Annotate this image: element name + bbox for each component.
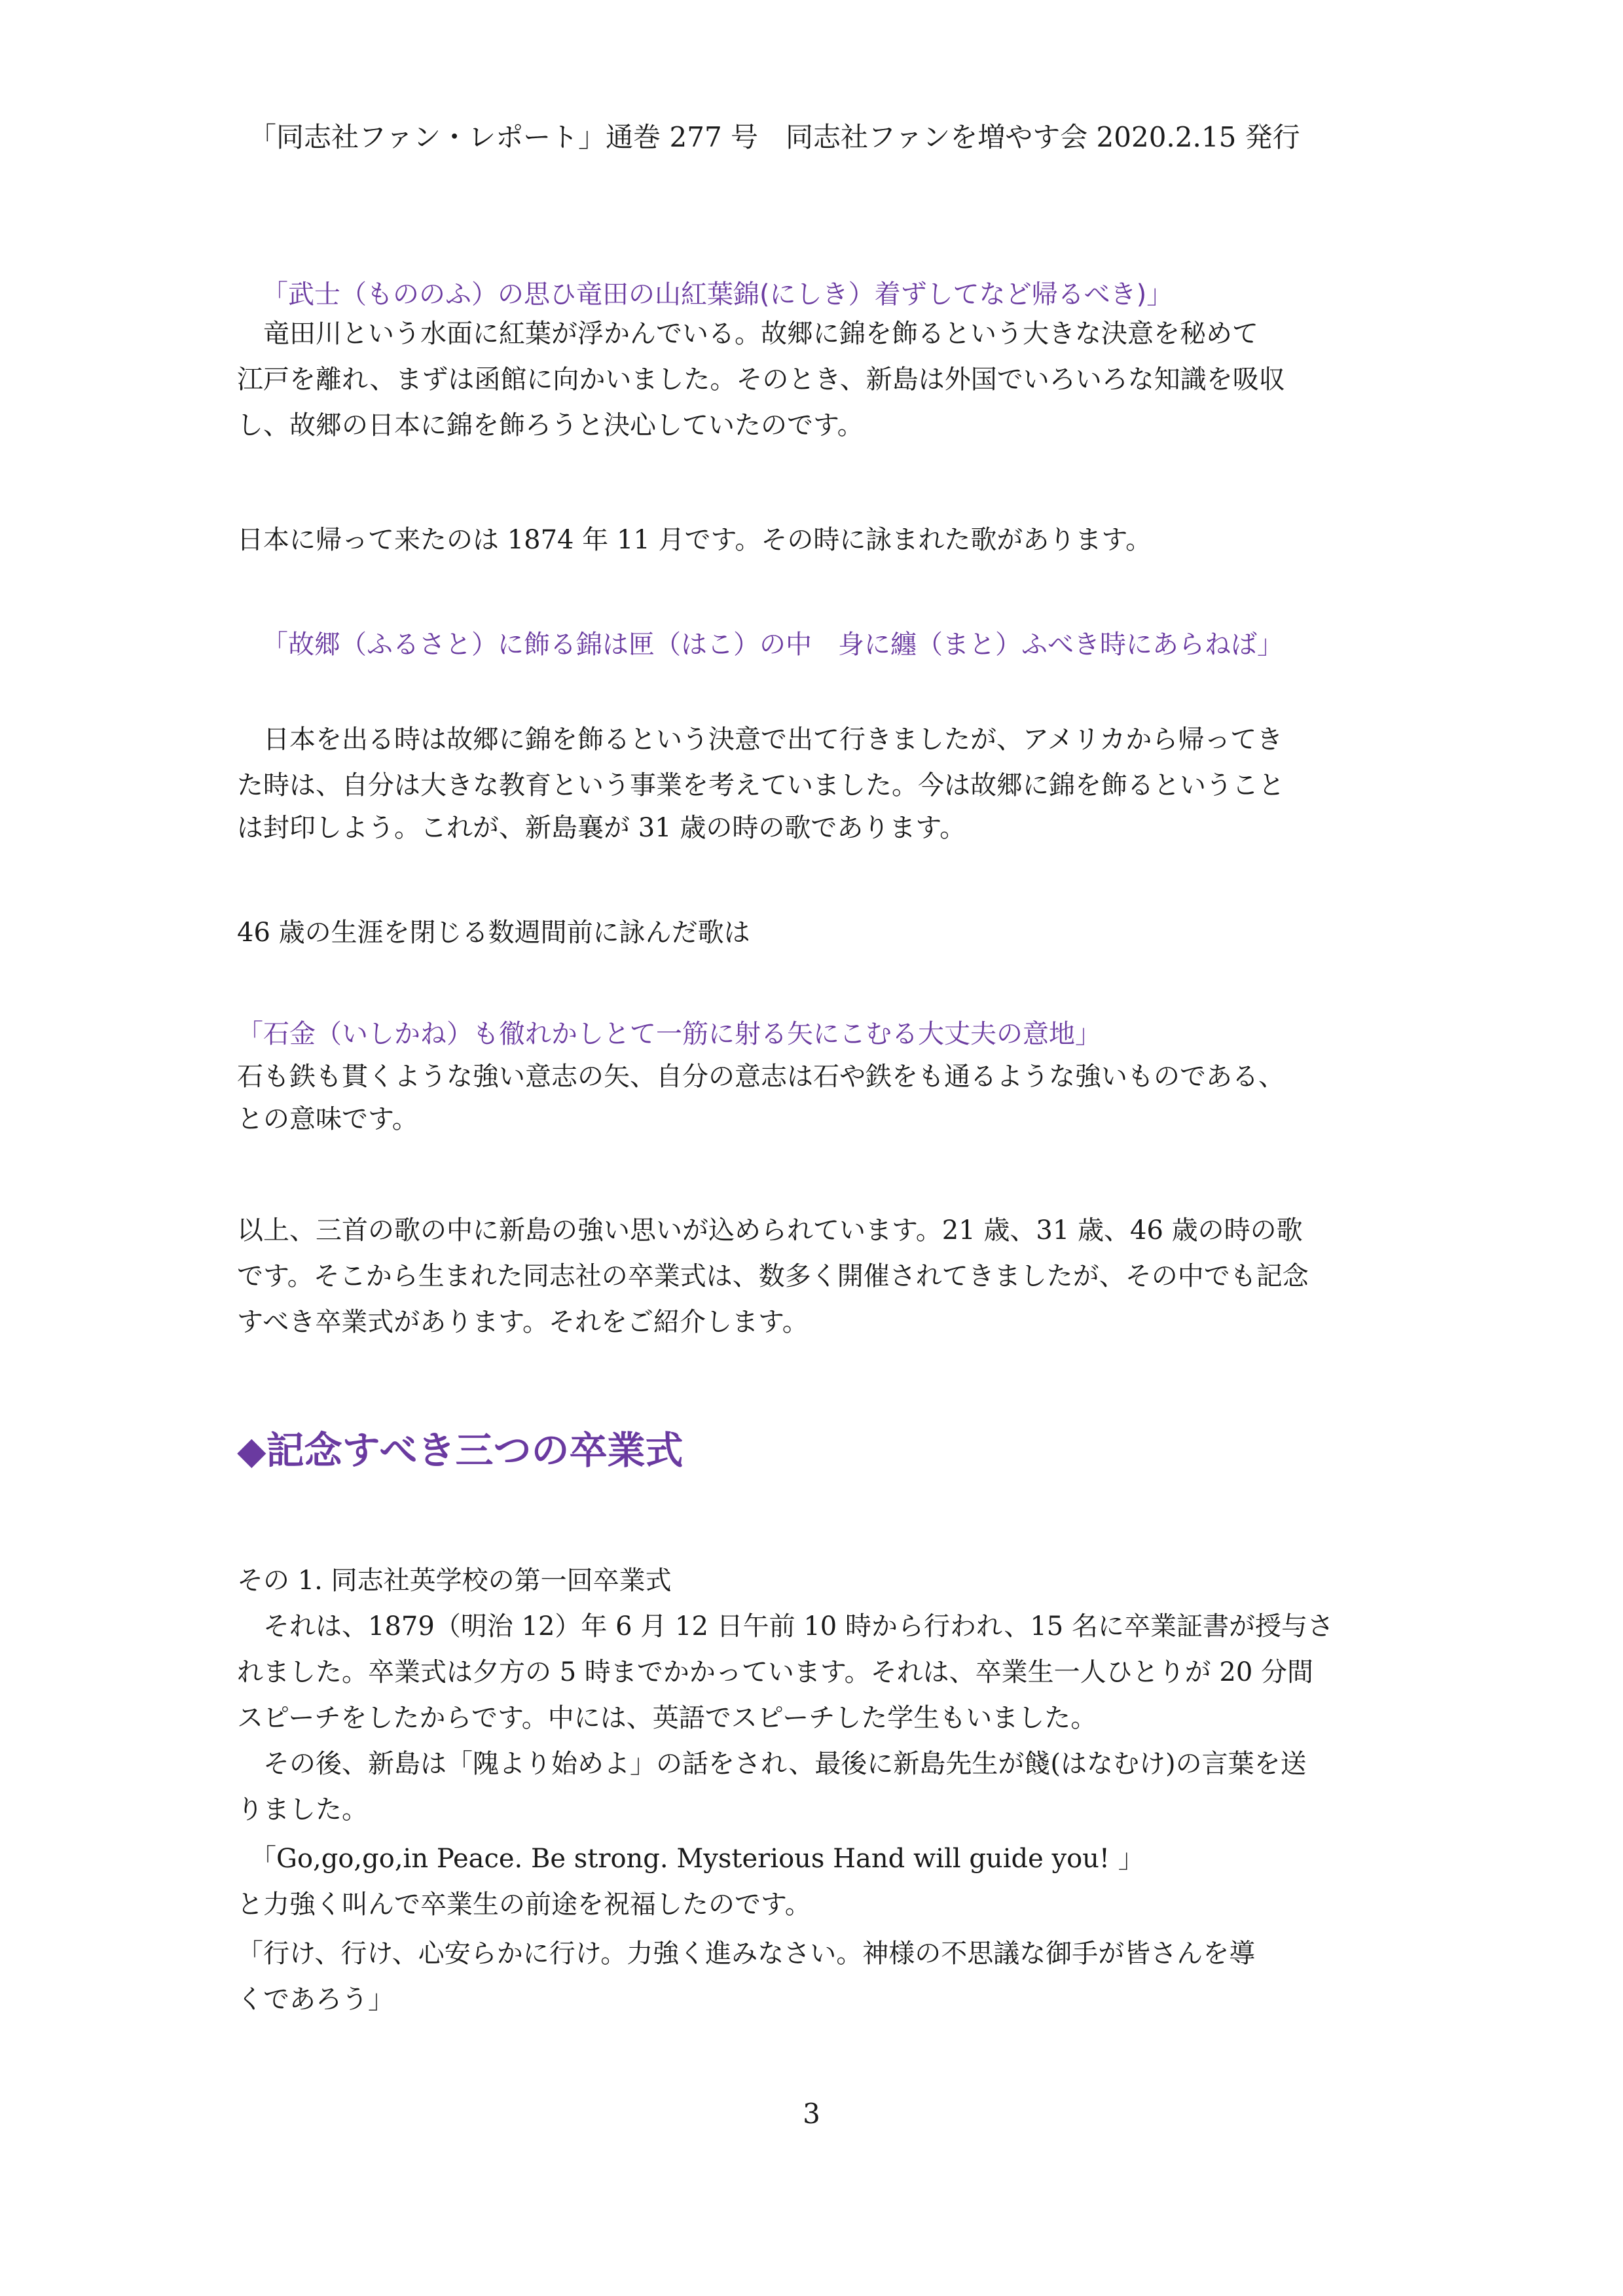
japanese-quote-line: くであろう」 bbox=[237, 1981, 394, 2018]
paragraph-line: れました。卒業式は夕方の 5 時までかかっています。それは、卒業生一人ひとりが … bbox=[237, 1654, 1313, 1691]
paragraph-line: た時は、自分は大きな教育という事業を考えていました。今は故郷に錦を飾るということ bbox=[237, 767, 1285, 804]
japanese-quote-line: 「行け、行け、心安らかに行け。力強く進みなさい。神様の不思議な御手が皆さんを導 bbox=[237, 1935, 1255, 1972]
paragraph-line: 以上、三首の歌の中に新島の強い思いが込められています。21 歳、31 歳、46 … bbox=[237, 1212, 1303, 1249]
paragraph-line: 石も鉄も貫くような強い意志の矢、自分の意志は石や鉄をも通るような強いものである、 bbox=[237, 1058, 1285, 1095]
return-date-line: 日本に帰って来たのは 1874 年 11 月です。その時に詠まれた歌があります。 bbox=[237, 522, 1152, 558]
paragraph-line: し、故郷の日本に錦を飾ろうと決心していたのです。 bbox=[237, 407, 864, 444]
paragraph-line: スピーチをしたからです。中には、英語でスピーチした学生もいました。 bbox=[237, 1700, 1097, 1736]
paragraph-line: です。そこから生まれた同志社の卒業式は、数多く開催されてきましたが、その中でも記… bbox=[237, 1258, 1309, 1295]
paragraph-line: は封印しよう。これが、新島襄が 31 歳の時の歌であります。 bbox=[237, 810, 966, 846]
poem-1: 「武士（もののふ）の思ひ竜田の山紅葉錦(にしき）着ずしてなど帰るべき)」 bbox=[262, 276, 1173, 313]
paragraph-line: りました。 bbox=[237, 1791, 368, 1828]
newsletter-header: 「同志社ファン・レポート」通巻 277 号 同志社ファンを増やす会 2020.2… bbox=[249, 119, 1300, 156]
diamond-icon: ◆ bbox=[237, 1428, 266, 1473]
subheading: その 1. 同志社英学校の第一回卒業式 bbox=[237, 1562, 672, 1599]
page-number: 3 bbox=[0, 2096, 1623, 2132]
poem-3: 「石金（いしかね）も徹れかしとて一筋に射る矢にこむる大丈夫の意地」 bbox=[237, 1016, 1101, 1052]
paragraph-line: と力強く叫んで卒業生の前途を祝福したのです。 bbox=[237, 1886, 811, 1923]
paragraph-line: 日本を出る時は故郷に錦を飾るという決意で出て行きましたが、アメリカから帰ってき bbox=[237, 721, 1283, 758]
paragraph-line: との意味です。 bbox=[237, 1101, 418, 1138]
poem-2: 「故郷（ふるさと）に飾る錦は匣（はこ）の中 身に纏（まと）ふべき時にあらねば」 bbox=[262, 626, 1283, 663]
section-heading-text: 記念すべき三つの卒業式 bbox=[266, 1428, 684, 1473]
section-heading: ◆記念すべき三つの卒業式 bbox=[237, 1427, 683, 1474]
paragraph-line: その後、新島は「隗より始めよ」の話をされ、最後に新島先生が餞(はなむけ)の言葉を… bbox=[237, 1746, 1307, 1782]
paragraph-line: それは、1879（明治 12）年 6 月 12 日午前 10 時から行われ、15… bbox=[237, 1608, 1334, 1645]
paragraph-line: 江戸を離れ、まずは函館に向かいました。そのとき、新島は外国でいろいろな知識を吸収 bbox=[237, 361, 1285, 398]
age-46-line: 46 歳の生涯を閉じる数週間前に詠んだ歌は bbox=[237, 914, 750, 951]
english-quote: 「Go,go,go,in Peace. Be strong. Mysteriou… bbox=[237, 1840, 1144, 1877]
paragraph-line: 竜田川という水面に紅葉が浮かんでいる。故郷に錦を飾るという大きな決意を秘めて bbox=[237, 315, 1258, 352]
paragraph-line: すべき卒業式があります。それをご紹介します。 bbox=[237, 1304, 809, 1340]
